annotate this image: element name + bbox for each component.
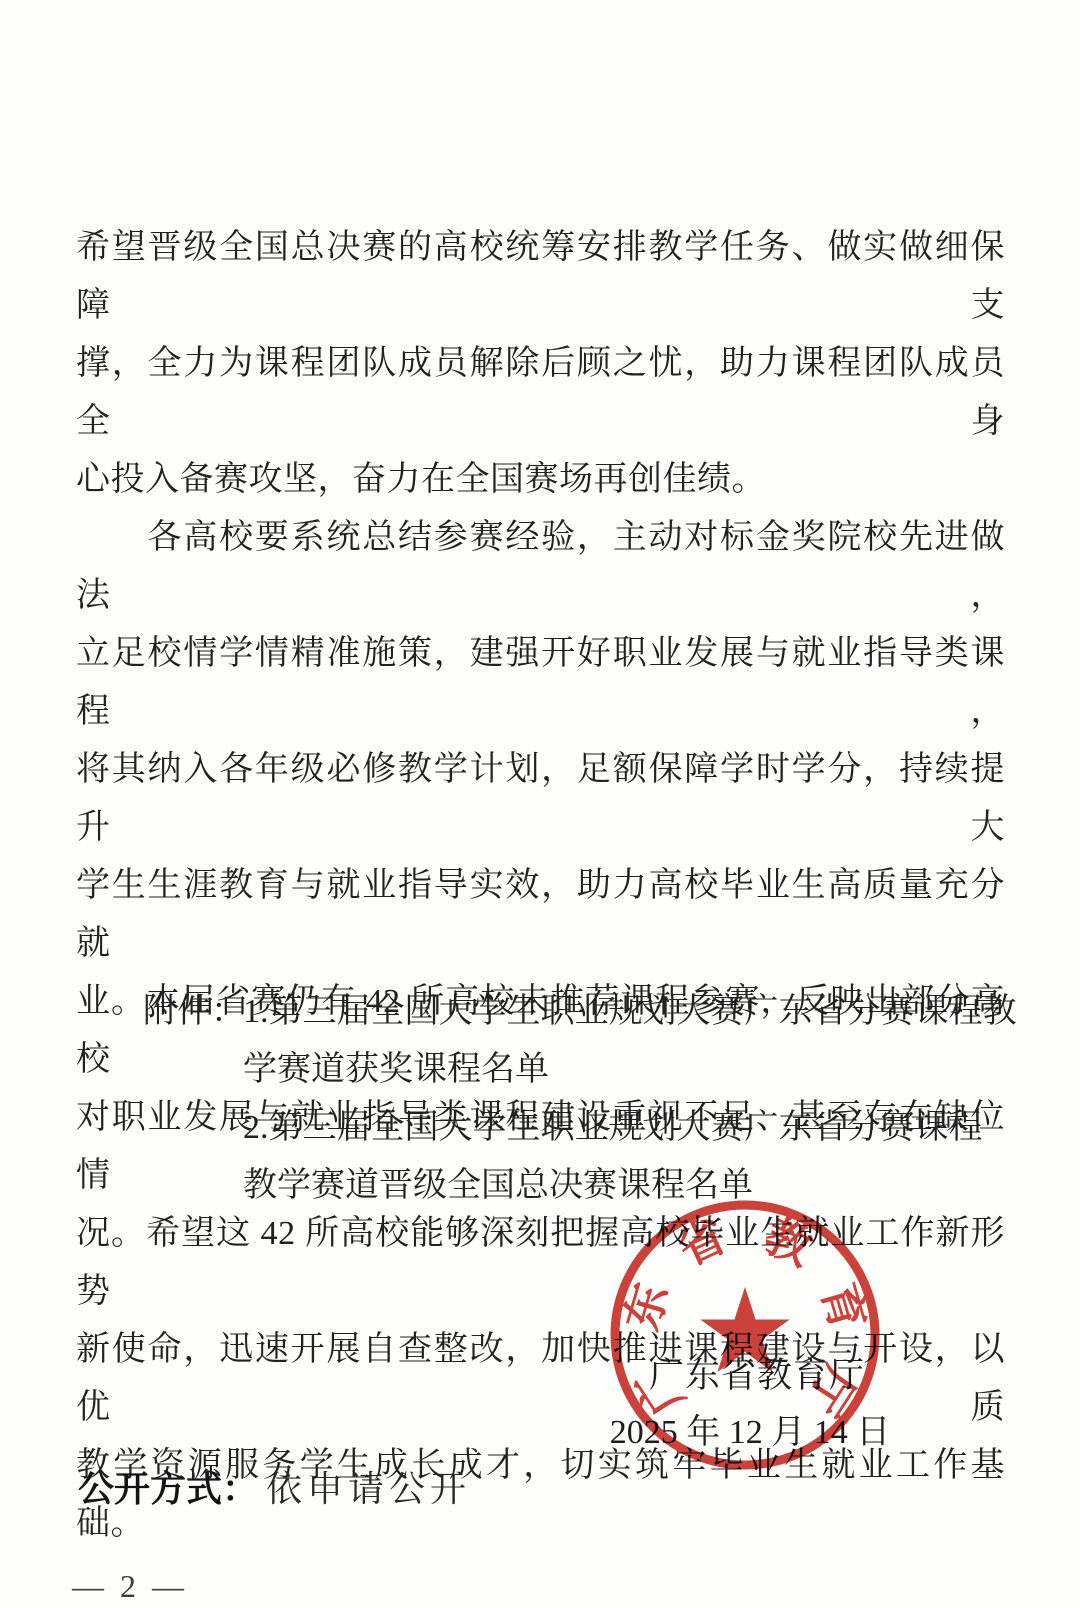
signature-date: 2025 年 12 月 14 日 (600, 1404, 900, 1453)
attachment-item-line: 学赛道获奖课程名单 (243, 1041, 1023, 1099)
issuer-signature: 广东省教育厅 (607, 1348, 907, 1398)
body-line: 立足校情学情精准施策，建强开好职业发展与就业指导类课程， (76, 625, 1005, 741)
attachment-item-line: 教学赛道晋级全国总决赛课程名单 (243, 1157, 1023, 1215)
attachment-item-line: 1.第三届全国大学生职业规划大赛广东省分赛课程教 (243, 983, 1023, 1041)
disclosure-label: 公开方式： (78, 1468, 258, 1509)
body-line: 学生生涯教育与就业指导实效，助力高校毕业生高质量充分就 (76, 857, 1005, 973)
document-page: 希望晋级全国总决赛的高校统筹安排教学任务、做实做细保障支撑，全力为课程团队成员解… (0, 0, 1080, 1608)
body-line: 心投入备赛攻坚，奋力在全国赛场再创佳绩。 (76, 451, 1005, 509)
body-line: 各高校要系统总结参赛经验，主动对标金奖院校先进做法， (76, 509, 1005, 625)
body-line: 将其纳入各年级必修教学计划，足额保障学时学分，持续提升大 (76, 741, 1005, 857)
body-line: 希望晋级全国总决赛的高校统筹安排教学任务、做实做细保障支 (76, 219, 1005, 335)
disclosure-line: 公开方式：依申请公开 (78, 1461, 471, 1512)
attachments-block: 附件： 1.第三届全国大学生职业规划大赛广东省分赛课程教 学赛道获奖课程名单 2… (143, 983, 1023, 1215)
page-number: — 2 — (72, 1568, 188, 1605)
attachments-label: 附件： (143, 983, 245, 1041)
attachment-item-line: 2.第三届全国大学生职业规划大赛广东省分赛课程 (243, 1099, 1023, 1157)
attachments-list: 1.第三届全国大学生职业规划大赛广东省分赛课程教 学赛道获奖课程名单 2.第三届… (243, 983, 1023, 1215)
body-line: 撑，全力为课程团队成员解除后顾之忧，助力课程团队成员全身 (76, 335, 1005, 451)
disclosure-value: 依申请公开 (266, 1469, 471, 1509)
body-line: 况。希望这 42 所高校能够深刻把握高校毕业生就业工作新形势 (76, 1205, 1005, 1321)
